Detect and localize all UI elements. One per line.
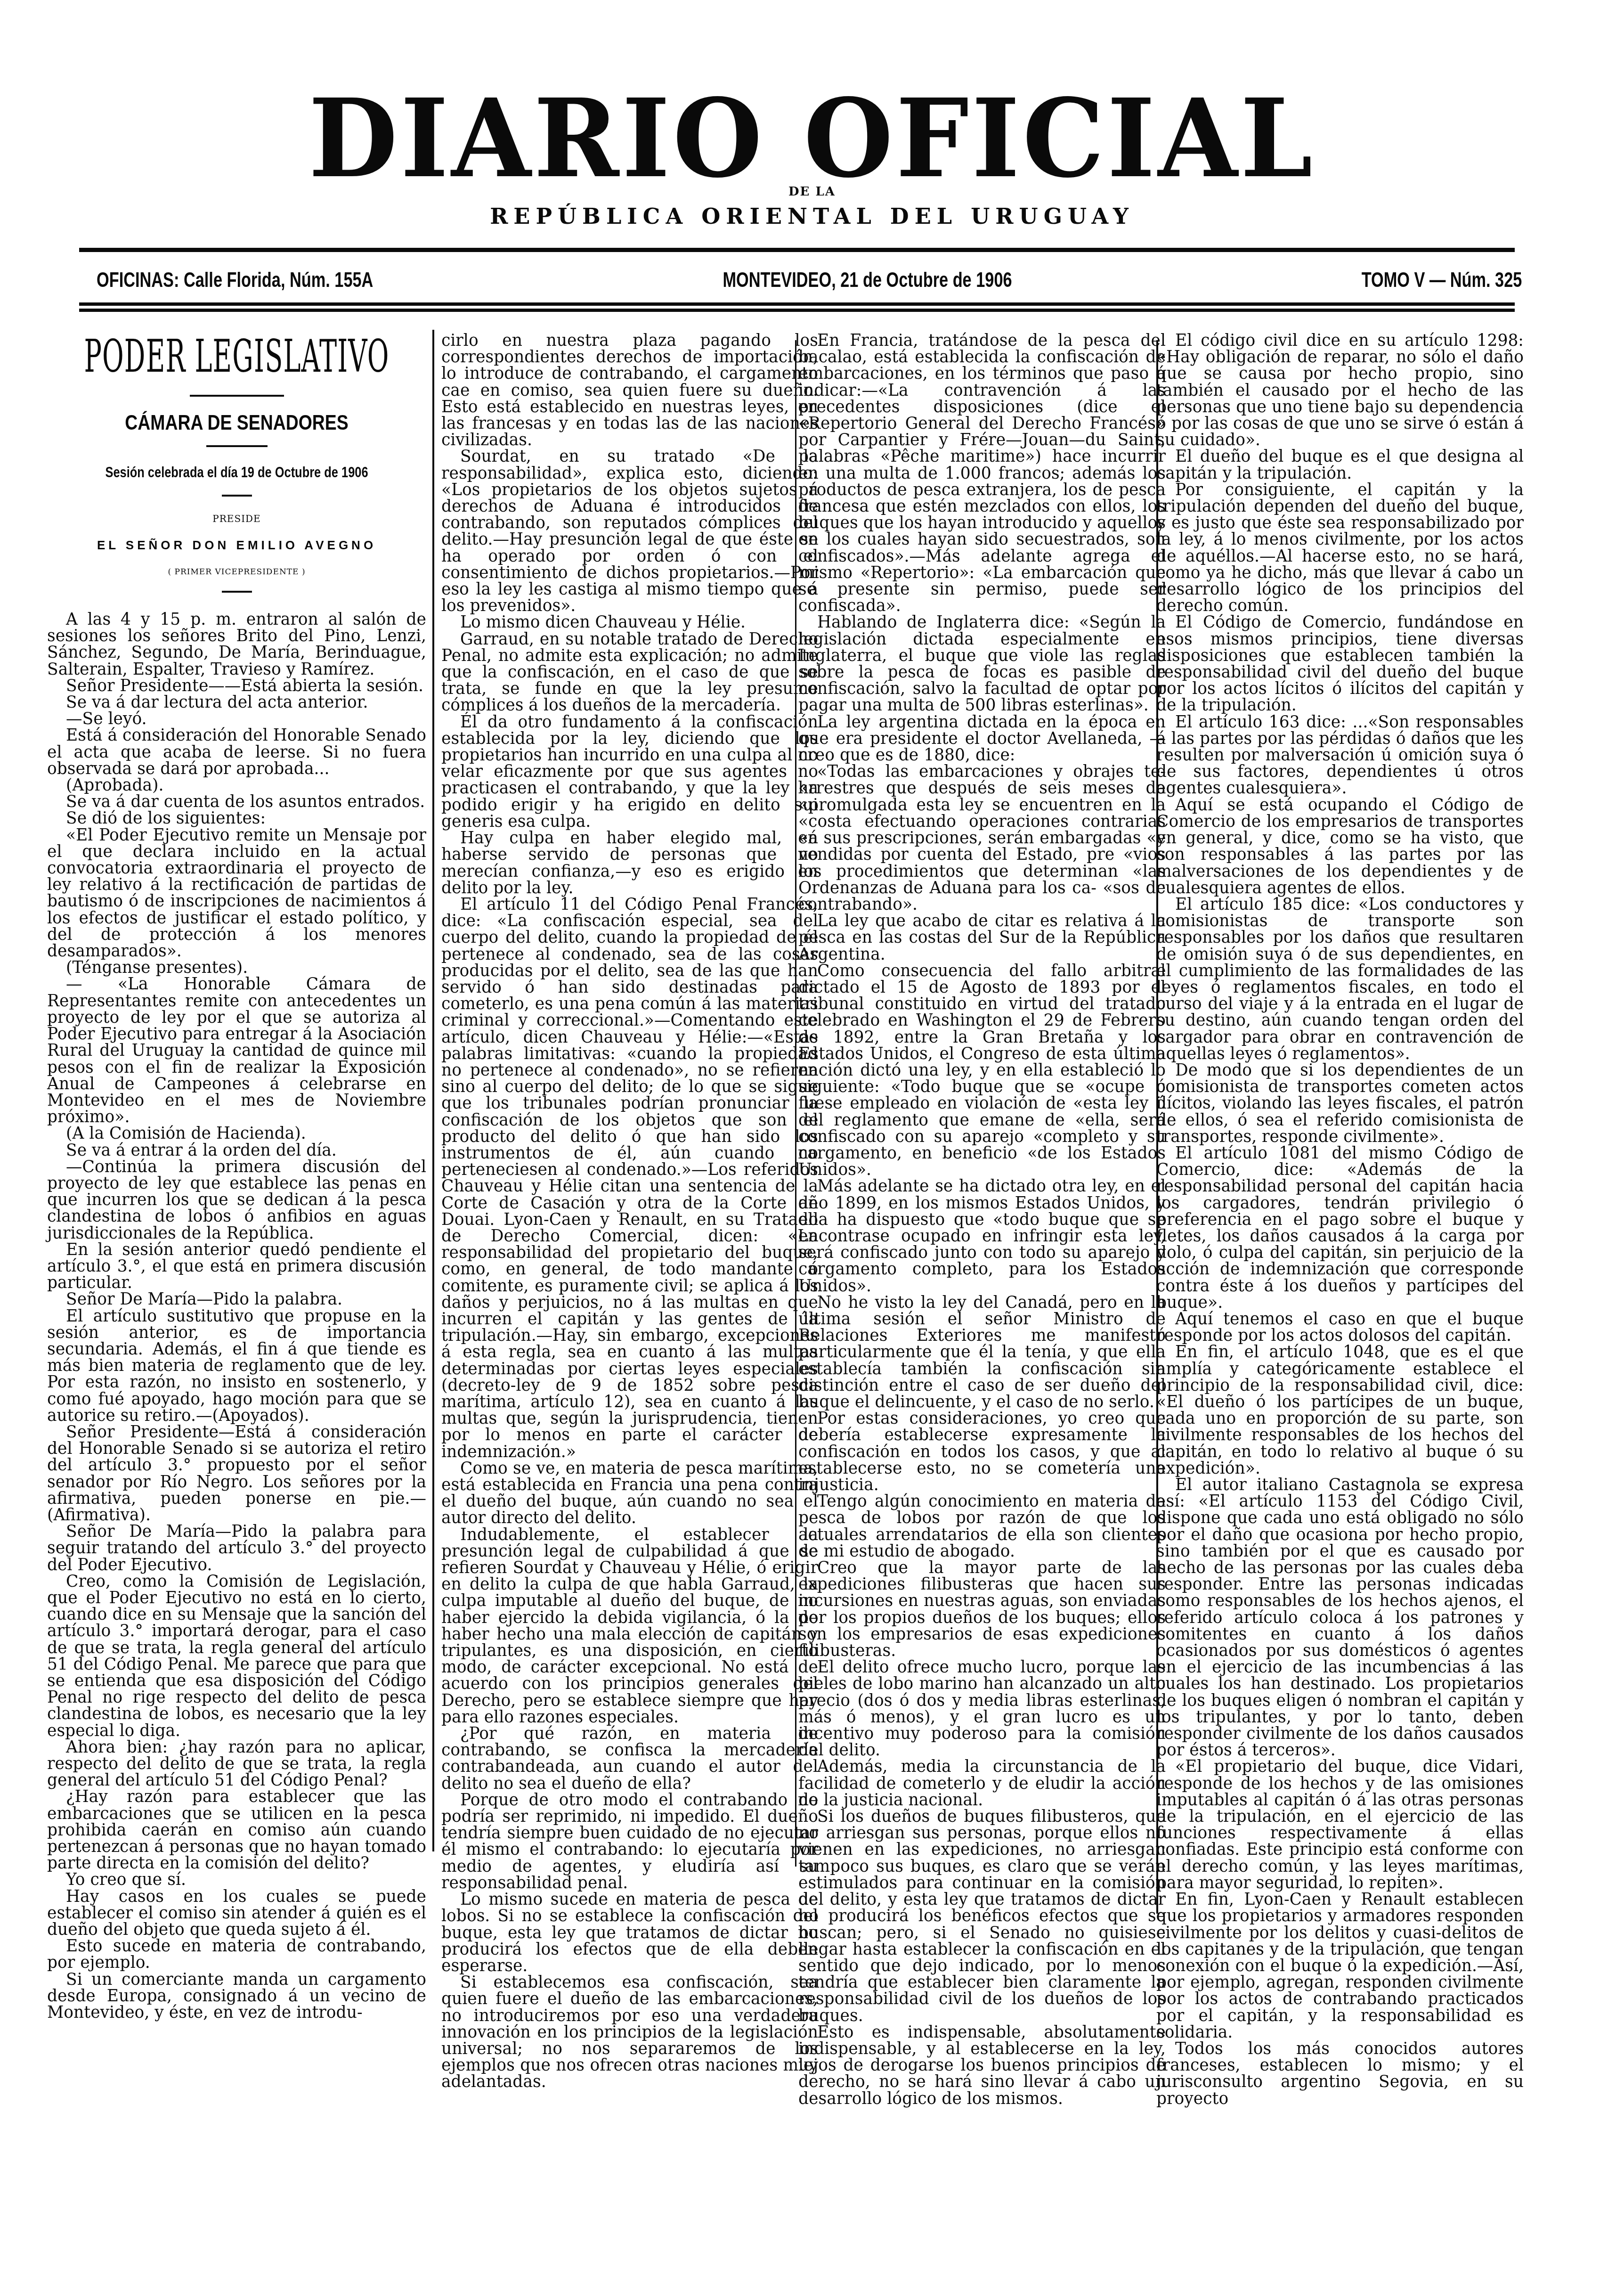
- paragraph: Indudablemente, el establecer la presunc…: [441, 1527, 818, 1726]
- volume-number: TOMO V — Núm. 325: [1362, 269, 1522, 292]
- paragraph: Se va á dar lectura del acta anterior.: [47, 694, 426, 711]
- paragraph: De modo que si los dependientes de un co…: [1156, 1062, 1524, 1145]
- paragraph: En fin, Lyon-Caen y Renault establecen q…: [1156, 1892, 1524, 2041]
- paragraph: Se va á dar cuenta de los asuntos entrad…: [47, 794, 426, 810]
- paragraph: En la sesión anterior quedó pendiente el…: [47, 1242, 426, 1292]
- paragraph: El artículo 1081 del mismo Código de Com…: [1156, 1145, 1524, 1311]
- paragraph: Ahora bien: ¿hay razón para no aplicar, …: [47, 1739, 426, 1789]
- header-rule-double-2: [79, 309, 1515, 312]
- paragraph: Creo, como la Comisión de Legislación, q…: [47, 1574, 426, 1739]
- paragraph: (Aprobada).: [47, 777, 426, 794]
- paragraph: Garraud, en su notable tratado de Derech…: [441, 631, 818, 714]
- paragraph: cirlo en nuestra plaza pagando los corre…: [441, 333, 818, 448]
- paragraph: Sourdat, en su tratado «De la responsabi…: [441, 448, 818, 614]
- section-title: PODER LEGISLATIVO: [56, 334, 418, 379]
- paragraph: La ley argentina dictada en la época en …: [798, 714, 1166, 764]
- paragraph: Señor De María—Pido la palabra para segu…: [47, 1524, 426, 1574]
- paragraph: «Todas las embarcaciones y obrajes te- «…: [798, 764, 1166, 913]
- paragraph: —Se leyó.: [47, 711, 426, 727]
- paragraph: Si los dueños de buques filibusteros, qu…: [798, 1809, 1166, 2024]
- paragraph: El autor italiano Castagnola se expresa …: [1156, 1477, 1524, 1759]
- paragraph: Además, media la circunstancia de la fac…: [798, 1759, 1166, 1809]
- paragraph: Tengo algún conocimiento en materia de p…: [798, 1493, 1166, 1560]
- info-bar: OFICINAS: Calle Florida, Núm. 155A MONTE…: [97, 266, 1522, 294]
- paragraph: Yo creo que sí.: [47, 1872, 426, 1888]
- paragraph: Esto es indispensable, absolutamente ind…: [798, 2024, 1166, 2107]
- paragraph: El artículo 185 dice: «Los conductores y…: [1156, 897, 1524, 1062]
- column-2-text: cirlo en nuestra plaza pagando los corre…: [441, 333, 818, 2091]
- divider: [190, 395, 284, 397]
- offices-address: OFICINAS: Calle Florida, Núm. 155A: [97, 269, 373, 292]
- paragraph: El artículo sustitutivo que propuse en l…: [47, 1308, 426, 1424]
- paragraph: ¿Hay razón para establecer que las embar…: [47, 1789, 426, 1872]
- paragraph: Hay casos en los cuales se puede estable…: [47, 1889, 426, 1939]
- paragraph: Como se ve, en materia de pesca marítima…: [441, 1460, 818, 1527]
- paragraph: El delito ofrece mucho lucro, porque las…: [798, 1659, 1166, 1759]
- paragraph: En Francia, tratándose de la pesca del b…: [798, 333, 1166, 614]
- dateline: MONTEVIDEO, 21 de Octubre de 1906: [723, 269, 1012, 292]
- republic-subtitle: REPÚBLICA ORIENTAL DEL URUGUAY: [0, 204, 1624, 229]
- title-connector: DE LA: [0, 185, 1624, 199]
- column-1-text: A las 4 y 15 p. m. entraron al salón de …: [47, 612, 426, 2021]
- masthead: DIARIO OFICIAL DE LA REPÚBLICA ORIENTAL …: [0, 0, 1624, 330]
- paragraph: Por consiguiente, el capitán y la tripul…: [1156, 482, 1524, 615]
- president-name: EL SEÑOR DON EMILIO AVEGNO: [47, 537, 426, 554]
- paragraph: El artículo 11 del Código Penal Francés,…: [441, 897, 818, 1460]
- paragraph: A las 4 y 15 p. m. entraron al salón de …: [47, 612, 426, 678]
- session-date: Sesión celebrada el día 19 de Octubre de…: [66, 464, 408, 481]
- column-3-text: En Francia, tratándose de la pesca del b…: [798, 333, 1166, 2107]
- paragraph: Lo mismo dicen Chauveau y Hélie.: [441, 614, 818, 631]
- paragraph: «El propietario del buque, dice Vidari, …: [1156, 1759, 1524, 1892]
- president-role: ( PRIMER VICEPRESIDENTE ): [47, 564, 426, 580]
- paragraph: Como consecuencia del fallo arbitral dic…: [798, 963, 1166, 1179]
- paragraph: Porque de otro modo el contrabando no po…: [441, 1792, 818, 1892]
- paragraph: Esto sucede en materia de contrabando, p…: [47, 1938, 426, 1971]
- paragraph: El Código de Comercio, fundándose en eso…: [1156, 614, 1524, 714]
- paragraph: Señor De María—Pido la palabra.: [47, 1291, 426, 1308]
- paragraph: La ley que acabo de citar es relativa á …: [798, 913, 1166, 963]
- paragraph: Hablando de Inglaterra dice: «Según la l…: [798, 614, 1166, 714]
- divider: [206, 445, 268, 447]
- paragraph: En fin, el artículo 1048, que es el que …: [1156, 1344, 1524, 1477]
- paragraph: Él da otro fundamento á la confiscación …: [441, 714, 818, 830]
- chamber-name: CÁMARA DE SENADORES: [75, 415, 398, 431]
- column-2: cirlo en nuestra plaza pagando los corre…: [441, 333, 818, 2233]
- paragraph: El artículo 163 dice: ...«Son responsabl…: [1156, 714, 1524, 797]
- paragraph: «El Poder Ejecutivo remite un Mensaje po…: [47, 827, 426, 960]
- paragraph: Señor Presidente—Está á consideración de…: [47, 1424, 426, 1524]
- paragraph: No he visto la ley del Canadá, pero en l…: [798, 1295, 1166, 1411]
- paragraph: (A la Comisión de Hacienda).: [47, 1125, 426, 1142]
- paragraph: Señor Presidente——Está abierta la sesión…: [47, 678, 426, 694]
- paragraph: El código civil dice en su artículo 1298…: [1156, 333, 1524, 448]
- paragraph: Se va á entrar á la orden del día.: [47, 1142, 426, 1159]
- column-4: El código civil dice en su artículo 1298…: [1156, 333, 1524, 2233]
- header-rule-top: [79, 248, 1515, 252]
- article-body: PODER LEGISLATIVO CÁMARA DE SENADORES Se…: [47, 325, 1524, 2233]
- preside-label: PRESIDE: [47, 511, 426, 527]
- paragraph: — «La Honorable Cámara de Representantes…: [47, 976, 426, 1125]
- column-1: PODER LEGISLATIVO CÁMARA DE SENADORES Se…: [47, 325, 426, 2233]
- paragraph: Aquí tenemos el caso en que el buque res…: [1156, 1311, 1524, 1344]
- paragraph: Si establecemos esa confiscación, sea qu…: [441, 1974, 818, 2090]
- newspaper-title: DIARIO OFICIAL: [0, 85, 1624, 193]
- divider: [222, 591, 252, 593]
- paragraph: Todos los más conocidos autores francese…: [1156, 2041, 1524, 2107]
- paragraph: ¿Por qué razón, en materia de contraband…: [441, 1726, 818, 1792]
- paragraph: Hay culpa en haber elegido mal, en haber…: [441, 830, 818, 897]
- paragraph: El dueño del buque es el que designa al …: [1156, 448, 1524, 481]
- paragraph: Se dió de los siguientes:: [47, 810, 426, 827]
- paragraph: Aquí se está ocupando el Código de Comer…: [1156, 797, 1524, 897]
- paragraph: Más adelante se ha dictado otra ley, en …: [798, 1178, 1166, 1294]
- paragraph: Por estas consideraciones, yo creo que d…: [798, 1411, 1166, 1493]
- column-4-text: El código civil dice en su artículo 1298…: [1156, 333, 1524, 2107]
- paragraph: Está á consideración del Honorable Senad…: [47, 727, 426, 777]
- header-rule-double-1: [79, 302, 1515, 306]
- divider: [222, 495, 252, 497]
- paragraph: Si un comerciante manda un cargamento de…: [47, 1972, 426, 2022]
- paragraph: (Ténganse presentes).: [47, 960, 426, 976]
- paragraph: Creo que la mayor parte de las expedicio…: [798, 1560, 1166, 1659]
- paragraph: —Continúa la primera discusión del proye…: [47, 1159, 426, 1242]
- paragraph: Lo mismo sucede en materia de pesca de l…: [441, 1892, 818, 1974]
- column-3: En Francia, tratándose de la pesca del b…: [798, 333, 1166, 2233]
